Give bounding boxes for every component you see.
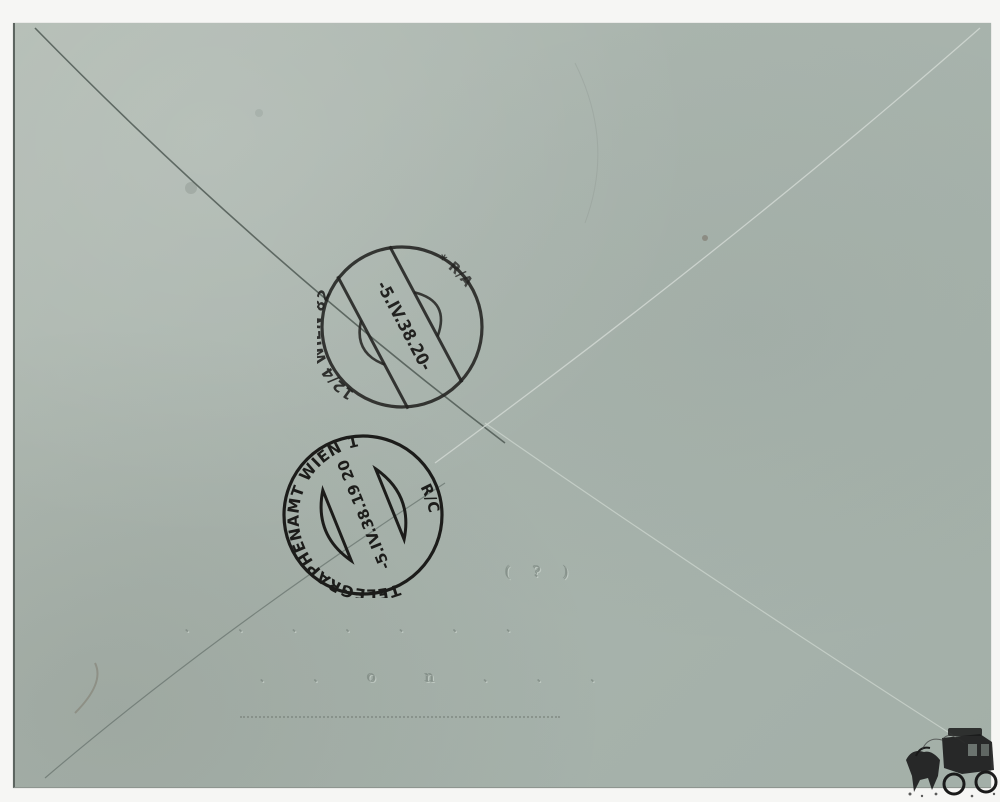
embossed-dotted-rule (240, 716, 560, 718)
svg-text:* R/A: * R/A (435, 251, 475, 290)
envelope-back: (?) . . . . . . . . . o n . . . (13, 23, 991, 788)
postmark-2-outer-text: TELEGRAPHENAMT WIEN 1 (284, 432, 402, 598)
stagecoach-icon (902, 720, 998, 800)
postmark-2-right-text: R/C (417, 481, 443, 514)
svg-text:R/C: R/C (417, 481, 443, 514)
embossed-line-3: . . o n . . . (260, 668, 617, 686)
postmark-1-right-text: * R/A (435, 251, 475, 290)
embossed-line-2: . . . . . . . (185, 618, 533, 636)
svg-text:TELEGRAPHENAMT WIEN 1: TELEGRAPHENAMT WIEN 1 (284, 432, 402, 598)
postmark-wien-82: -5.IV.38.20- 12/4 WIEN 82 * R/A (317, 242, 487, 412)
postmark-telegraphenamt-wien: -5.IV.38.19 20 TELEGRAPHENAMT WIEN 1 R/C (280, 432, 446, 598)
embossed-line-1: (?) (505, 563, 591, 581)
